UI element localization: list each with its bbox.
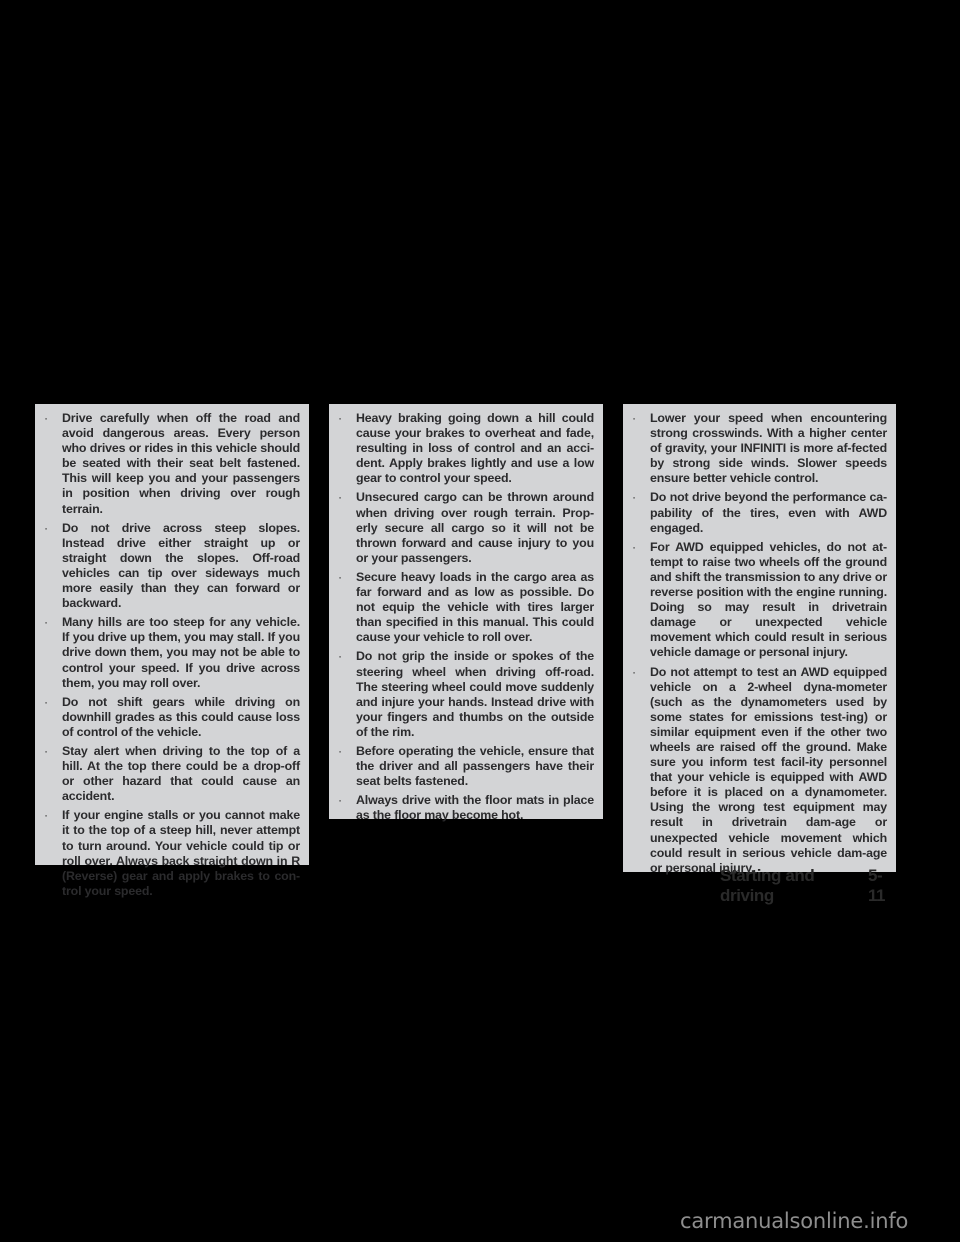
list-item: ·If your engine stalls or you cannot mak… — [47, 808, 300, 899]
list-item: ·Secure heavy loads in the cargo area as… — [341, 570, 594, 645]
list-item: ·Unsecured cargo can be thrown around wh… — [341, 490, 594, 565]
bullet-icon: · — [44, 808, 48, 823]
list-item: ·Many hills are too steep for any vehicl… — [47, 615, 300, 690]
list-item: ·Do not drive across steep slopes. Inste… — [47, 521, 300, 612]
page-number: 5-11 — [868, 866, 896, 906]
bullet-icon: · — [44, 615, 48, 630]
list-item: ·Do not grip the inside or spokes of the… — [341, 649, 594, 740]
list-item: ·Drive carefully when off the road and a… — [47, 411, 300, 517]
list-item: ·Heavy braking going down a hill could c… — [341, 411, 594, 486]
bullet-icon: · — [44, 744, 48, 759]
bullet-icon: · — [338, 490, 342, 505]
bullet-icon: · — [338, 411, 342, 426]
list-item: ·Lower your speed when encountering stro… — [635, 411, 887, 486]
section-title: Starting and driving — [720, 866, 856, 906]
list-item: ·Do not attempt to test an AWD equipped … — [635, 665, 887, 876]
list-item: ·Do not drive beyond the performance ca-… — [635, 490, 887, 535]
bullet-icon: · — [632, 411, 636, 426]
warning-box-column-1: ·Drive carefully when off the road and a… — [35, 404, 309, 865]
bullet-icon: · — [44, 411, 48, 426]
bullet-icon: · — [632, 540, 636, 555]
list-item: ·For AWD equipped vehicles, do not at-te… — [635, 540, 887, 661]
bullet-icon: · — [632, 490, 636, 505]
bullet-icon: · — [338, 793, 342, 808]
list-item: ·Always drive with the floor mats in pla… — [341, 793, 594, 823]
bullet-icon: · — [44, 695, 48, 710]
warning-list: ·Drive carefully when off the road and a… — [47, 411, 300, 899]
warning-box-column-2: ·Heavy braking going down a hill could c… — [329, 404, 603, 819]
list-item: ·Do not shift gears while driving on dow… — [47, 695, 300, 740]
watermark-text: carmanualsonline.info — [680, 1209, 944, 1235]
warning-list: ·Lower your speed when encountering stro… — [635, 411, 887, 876]
bullet-icon: · — [338, 744, 342, 759]
list-item: ·Stay alert when driving to the top of a… — [47, 744, 300, 804]
bullet-icon: · — [44, 521, 48, 536]
warning-list: ·Heavy braking going down a hill could c… — [341, 411, 594, 823]
bullet-icon: · — [632, 665, 636, 680]
page-footer: Starting and driving 5-11 — [720, 874, 896, 898]
bullet-icon: · — [338, 649, 342, 664]
bullet-icon: · — [338, 570, 342, 585]
list-item: ·Before operating the vehicle, ensure th… — [341, 744, 594, 789]
warning-box-column-3: ·Lower your speed when encountering stro… — [623, 404, 896, 872]
